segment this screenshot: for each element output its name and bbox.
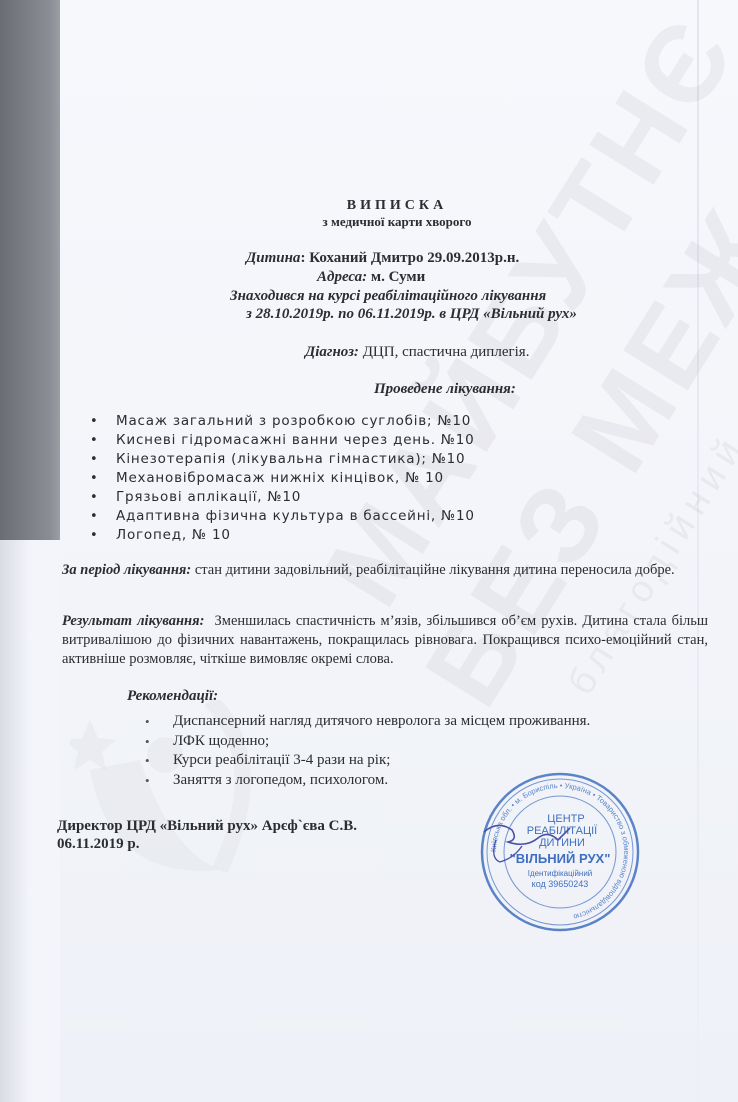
child-value: Коханий Дмитро 29.09.2013р.н. [309, 250, 519, 266]
stamp-line3: ДИТИНИ [539, 837, 585, 849]
official-stamp: Київська обл. • м. Бориспіль • Україна •… [478, 770, 642, 934]
diagnosis-value: ДЦП, спастична диплегія. [363, 344, 530, 360]
result-paragraph: Результат лікування: Зменшилась спастичн… [62, 612, 708, 669]
stamp-line1: ЦЕНТР [547, 813, 584, 825]
signature-date: 06.11.2019 р. [57, 836, 140, 853]
diagnosis-line: Діагноз: ДЦП, спастична диплегія. [305, 344, 529, 361]
treatment-heading: Проведене лікування: [374, 381, 516, 398]
treatment-item: Кінезотерапія (лікувальна гімнастика); №… [90, 450, 475, 469]
treatment-item: Масаж загальний з розробкою суглобів; №1… [90, 412, 475, 431]
child-label: Дитина [246, 250, 300, 266]
period-text: стан дитини задовільний, реабілітаційне … [195, 562, 675, 578]
stamp-line6: код 39650243 [532, 879, 589, 889]
treatment-list: Масаж загальний з розробкою суглобів; №1… [90, 412, 475, 545]
recommendation-item: ЛФК щоденно; [145, 732, 590, 752]
period-paragraph: За період лікування: стан дитини задовіл… [62, 561, 708, 580]
document-title: ВИПИСКА [28, 198, 738, 214]
treatment-item: Адаптивна фізична культура в бассейні, №… [90, 507, 475, 526]
child-line: Дитина: Коханий Дмитро 29.09.2013р.н. [246, 250, 519, 267]
recommendations-heading: Рекомендації: [127, 688, 218, 705]
address-line: Адреса: м. Суми [317, 269, 425, 286]
diagnosis-label: Діагноз: [305, 344, 359, 360]
recommendation-item: Курси реабілітації 3-4 рази на рік; [145, 751, 590, 771]
recommendation-item: Диспансерний нагляд дитячого невролога з… [145, 712, 590, 732]
result-label: Результат лікування: [62, 613, 204, 629]
treatment-item: Логопед, № 10 [90, 526, 475, 545]
treatment-item: Грязьові аплікації, №10 [90, 488, 475, 507]
signature-line: Директор ЦРД «Вільний рух» Арєф`єва С.В. [57, 818, 357, 835]
address-value: м. Суми [371, 269, 425, 285]
course-line-2: з 28.10.2019р. по 06.11.2019р. в ЦРД «Ві… [246, 306, 577, 323]
medical-extract-document: ВИПИСКА з медичної карти хворого Дитина:… [0, 0, 738, 1102]
treatment-item: Кисневі гідромасажні ванни через день. №… [90, 431, 475, 450]
treatment-item: Механовібромасаж нижніх кінцівок, № 10 [90, 469, 475, 488]
period-label: За період лікування: [62, 562, 191, 578]
document-subtitle: з медичної карти хворого [28, 214, 738, 230]
stamp-line5: Ідентифікаційний [528, 869, 593, 878]
stamp-line4: "ВІЛЬНИЙ РУХ" [510, 851, 611, 866]
address-label: Адреса: [317, 269, 367, 285]
course-line-1: Знаходився на курсі реабілітаційного лік… [230, 288, 546, 305]
